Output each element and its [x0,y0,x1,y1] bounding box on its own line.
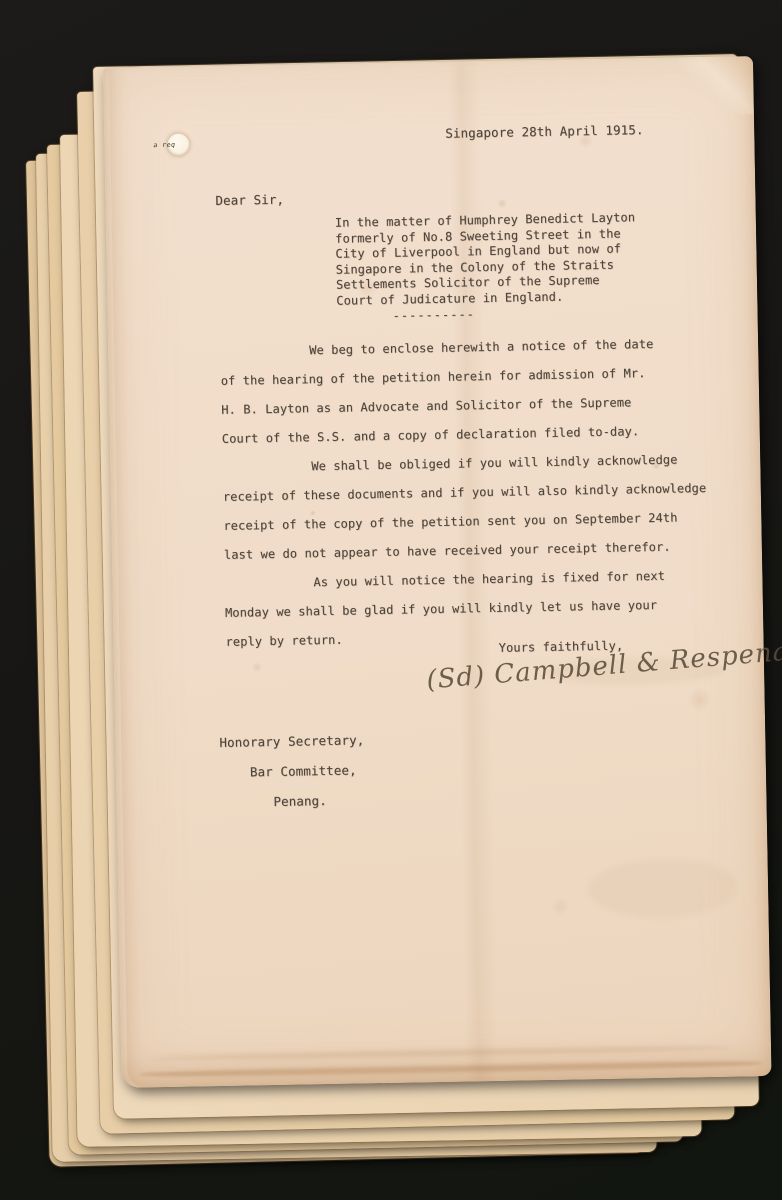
addressee-line: Penang. [220,785,365,818]
date-line: Singapore 28th April 1915. [445,122,644,141]
bottom-crease [151,1045,731,1062]
ink-bleed-smudge [588,857,739,920]
addressee-line: Honorary Secretary, [219,725,364,758]
addressee-block: Honorary Secretary, Bar Committee, Penan… [219,725,366,818]
stamp-fragment-text: a req [153,141,175,149]
photo-background: a req Singapore 28th April 1915. Dear Si… [0,0,782,1200]
letter-body: We beg to enclose herewith a notice of t… [220,329,709,657]
letter-sheet: a req Singapore 28th April 1915. Dear Si… [103,56,772,1088]
bottom-crease [139,1058,763,1079]
salutation: Dear Sir, [215,192,284,208]
matter-block: In the matter of Humphrey Benedict Layto… [335,210,637,325]
punch-hole: a req [167,133,189,155]
addressee-line: Bar Committee, [220,755,365,788]
corner-crease [679,56,754,115]
